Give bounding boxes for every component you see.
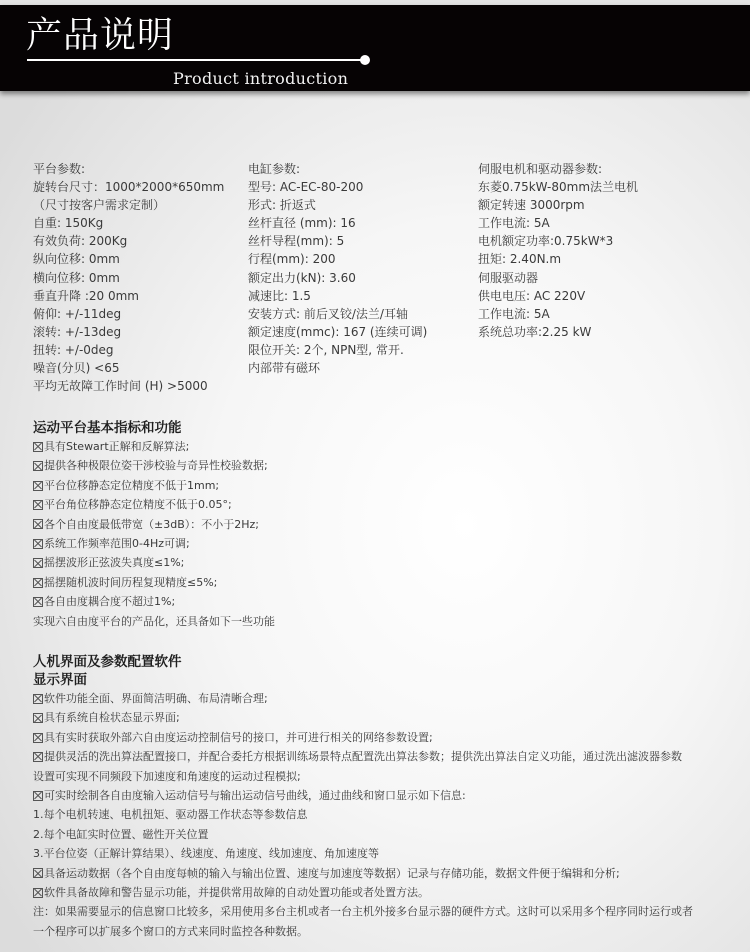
checkbox-x-icon: [33, 558, 43, 568]
checkbox-x-icon: [33, 868, 43, 878]
checkbox-x-icon: [33, 752, 43, 762]
checkbox-x-icon: [33, 713, 43, 723]
feature-text: 各个自由度最低带宽（±3dB）：不小于2Hz;: [44, 515, 259, 534]
feature-text: 具有Stewart正解和反解算法;: [44, 437, 189, 456]
banner-dot-icon: [360, 55, 370, 65]
note-line: 一个程序可以扩展多个窗口的方式来同时监控各种数据。: [33, 922, 693, 941]
param-line: 横向位移: 0mm: [33, 269, 224, 287]
param-line: 工作电流: 5A: [478, 305, 638, 323]
param-line: 内部带有磁环: [248, 359, 427, 377]
param-line: 工作电流: 5A: [478, 214, 638, 232]
servo-params-heading: 伺服电机和驱动器参数:: [478, 160, 638, 178]
servo-params-column: 伺服电机和驱动器参数: 东菱0.75kW-80mm法兰电机 额定转速 3000r…: [478, 160, 638, 341]
param-line: 额定出力(kN): 3.60: [248, 269, 427, 287]
section-subheading: 显示界面: [33, 671, 693, 689]
info-list-item: 1.每个电机转速、电机扭矩、驱动器工作状态等参数信息: [33, 805, 693, 824]
checkbox-x-icon: [33, 578, 43, 588]
checkbox-x-icon: [33, 539, 43, 549]
info-list-item: 3.平台位姿（正解计算结果）、线速度、角速度、线加速度、角加速度等: [33, 844, 693, 863]
platform-params-heading: 平台参数:: [33, 160, 224, 178]
motion-platform-section: 运动平台基本指标和功能 具有Stewart正解和反解算法; 提供各种极限位姿干涉…: [33, 419, 275, 631]
feature-item: 平台角位移静态定位精度不低于0.05°;: [33, 495, 275, 514]
feature-note: 实现六自由度平台的产品化，还具备如下一些功能: [33, 612, 275, 631]
feature-text: 具有实时获取外部六自由度运动控制信号的接口，并可进行相关的网络参数设置;: [44, 728, 433, 747]
param-line: 滚转: +/-13deg: [33, 323, 224, 341]
feature-text: 提供灵活的洗出算法配置接口，并配合委托方根据训练场景特点配置洗出算法参数；提供洗…: [44, 747, 682, 766]
feature-item: 各自由度耦合度不超过1%;: [33, 592, 275, 611]
cylinder-params-column: 电缸参数: 型号: AC-EC-80-200 形式: 折返式 丝杆直径 (mm)…: [248, 160, 427, 377]
feature-text: 系统工作频率范围0-4Hz可调;: [44, 534, 190, 553]
feature-item: 具有实时获取外部六自由度运动控制信号的接口，并可进行相关的网络参数设置;: [33, 728, 693, 747]
banner-divider-line: [27, 59, 365, 61]
feature-text: 2.每个电缸实时位置、磁性开关位置: [33, 825, 209, 844]
checkbox-x-icon: [33, 694, 43, 704]
feature-text: 软件功能全面、界面简洁明确、布局清晰合理;: [44, 689, 268, 708]
feature-text: 一个程序可以扩展多个窗口的方式来同时监控各种数据。: [33, 922, 308, 941]
feature-item: 软件具备故障和警告显示功能，并提供常用故障的自动处置功能或者处置方法。: [33, 883, 693, 902]
feature-item: 各个自由度最低带宽（±3dB）：不小于2Hz;: [33, 515, 275, 534]
param-line: 供电电压: AC 220V: [478, 287, 638, 305]
param-line: 自重: 150Kg: [33, 214, 224, 232]
param-line: 伺服驱动器: [478, 269, 638, 287]
param-line: 扭矩: 2.40N.m: [478, 250, 638, 268]
feature-text: 具备运动数据（各个自由度每帧的输入与输出位置、速度与加速度等数据）记录与存储功能…: [44, 864, 620, 883]
checkbox-x-icon: [33, 888, 43, 898]
feature-item: 系统工作频率范围0-4Hz可调;: [33, 534, 275, 553]
param-line: 电机额定功率:0.75kW*3: [478, 232, 638, 250]
param-line: 有效负荷: 200Kg: [33, 232, 224, 250]
param-line: 纵向位移: 0mm: [33, 250, 224, 268]
feature-text: 平台角位移静态定位精度不低于0.05°;: [44, 495, 232, 514]
feature-text: 平台位移静态定位精度不低于1mm;: [44, 476, 219, 495]
param-line: 额定速度(mmc): 167 (连续可调): [248, 323, 427, 341]
checkbox-x-icon: [33, 733, 43, 743]
info-list-item: 2.每个电缸实时位置、磁性开关位置: [33, 825, 693, 844]
feature-text: 1.每个电机转速、电机扭矩、驱动器工作状态等参数信息: [33, 805, 308, 824]
feature-item: 具有系统自检状态显示界面;: [33, 708, 693, 727]
param-line: 丝杆直径 (mm): 16: [248, 214, 427, 232]
param-line: 减速比: 1.5: [248, 287, 427, 305]
param-line: 限位开关: 2个, NPN型, 常开.: [248, 341, 427, 359]
checkbox-x-icon: [33, 481, 43, 491]
feature-text: 软件具备故障和警告显示功能，并提供常用故障的自动处置功能或者处置方法。: [44, 883, 429, 902]
param-line: 东菱0.75kW-80mm法兰电机: [478, 178, 638, 196]
param-line: 俯仰: +/-11deg: [33, 305, 224, 323]
param-line: 扭转: +/-0deg: [33, 341, 224, 359]
param-line: 行程(mm): 200: [248, 250, 427, 268]
feature-text: 3.平台位姿（正解计算结果）、线速度、角速度、线加速度、角加速度等: [33, 844, 379, 863]
feature-item: 提供各种极限位姿干涉校验与奇异性校验数据;: [33, 456, 275, 475]
feature-item: 平台位移静态定位精度不低于1mm;: [33, 476, 275, 495]
param-line: （尺寸按客户需求定制）: [33, 196, 224, 214]
param-line: 平均无故障工作时间 (H) >5000: [33, 377, 224, 395]
checkbox-x-icon: [33, 519, 43, 529]
note-line: 注：如果需要显示的信息窗口比较多，采用使用多台主机或者一台主机外接多台显示器的硬…: [33, 902, 693, 921]
feature-text: 设置可实现不同频段下加速度和角速度的运动过程模拟;: [33, 767, 301, 786]
feature-item: 提供灵活的洗出算法配置接口，并配合委托方根据训练场景特点配置洗出算法参数；提供洗…: [33, 747, 693, 766]
param-line: 形式: 折返式: [248, 196, 427, 214]
header-banner: 产品说明 Product introduction: [0, 5, 750, 91]
feature-text: 提供各种极限位姿干涉校验与奇异性校验数据;: [44, 456, 268, 475]
feature-item: 摇摆波形正弦波失真度≤1%;: [33, 553, 275, 572]
feature-item: 具备运动数据（各个自由度每帧的输入与输出位置、速度与加速度等数据）记录与存储功能…: [33, 864, 693, 883]
checkbox-x-icon: [33, 461, 43, 471]
feature-text: 注：如果需要显示的信息窗口比较多，采用使用多台主机或者一台主机外接多台显示器的硬…: [33, 902, 693, 921]
param-line: 垂直升降 :20 0mm: [33, 287, 224, 305]
feature-item: 摇摆随机波时间历程复现精度≤5%;: [33, 573, 275, 592]
feature-text: 各自由度耦合度不超过1%;: [44, 592, 175, 611]
checkbox-x-icon: [33, 597, 43, 607]
feature-text: 摇摆随机波时间历程复现精度≤5%;: [44, 573, 217, 592]
feature-item: 可实时绘制各自由度输入运动信号与输出运动信号曲线，通过曲线和窗口显示如下信息:: [33, 786, 693, 805]
param-line: 系统总功率:2.25 kW: [478, 323, 638, 341]
feature-continuation: 设置可实现不同频段下加速度和角速度的运动过程模拟;: [33, 767, 693, 786]
param-line: 旋转台尺寸：1000*2000*650mm: [33, 178, 224, 196]
banner-subtitle: Product introduction: [173, 68, 348, 90]
checkbox-x-icon: [33, 442, 43, 452]
feature-item: 软件功能全面、界面简洁明确、布局清晰合理;: [33, 689, 693, 708]
feature-item: 具有Stewart正解和反解算法;: [33, 437, 275, 456]
platform-params-column: 平台参数: 旋转台尺寸：1000*2000*650mm （尺寸按客户需求定制） …: [33, 160, 224, 395]
param-line: 噪音(分贝) <65: [33, 359, 224, 377]
software-section: 人机界面及参数配置软件 显示界面 软件功能全面、界面简洁明确、布局清晰合理; 具…: [33, 653, 693, 941]
feature-text: 具有系统自检状态显示界面;: [44, 708, 180, 727]
section-heading: 运动平台基本指标和功能: [33, 419, 275, 437]
cylinder-params-heading: 电缸参数:: [248, 160, 427, 178]
param-line: 安装方式: 前后叉铰/法兰/耳轴: [248, 305, 427, 323]
checkbox-x-icon: [33, 791, 43, 801]
param-line: 型号: AC-EC-80-200: [248, 178, 427, 196]
feature-text: 实现六自由度平台的产品化，还具备如下一些功能: [33, 612, 275, 631]
section-heading: 人机界面及参数配置软件: [33, 653, 693, 671]
param-line: 丝杆导程(mm): 5: [248, 232, 427, 250]
feature-text: 可实时绘制各自由度输入运动信号与输出运动信号曲线，通过曲线和窗口显示如下信息:: [44, 786, 466, 805]
param-line: 额定转速 3000rpm: [478, 196, 638, 214]
checkbox-x-icon: [33, 500, 43, 510]
feature-text: 摇摆波形正弦波失真度≤1%;: [44, 553, 184, 572]
banner-title: 产品说明: [26, 14, 174, 58]
